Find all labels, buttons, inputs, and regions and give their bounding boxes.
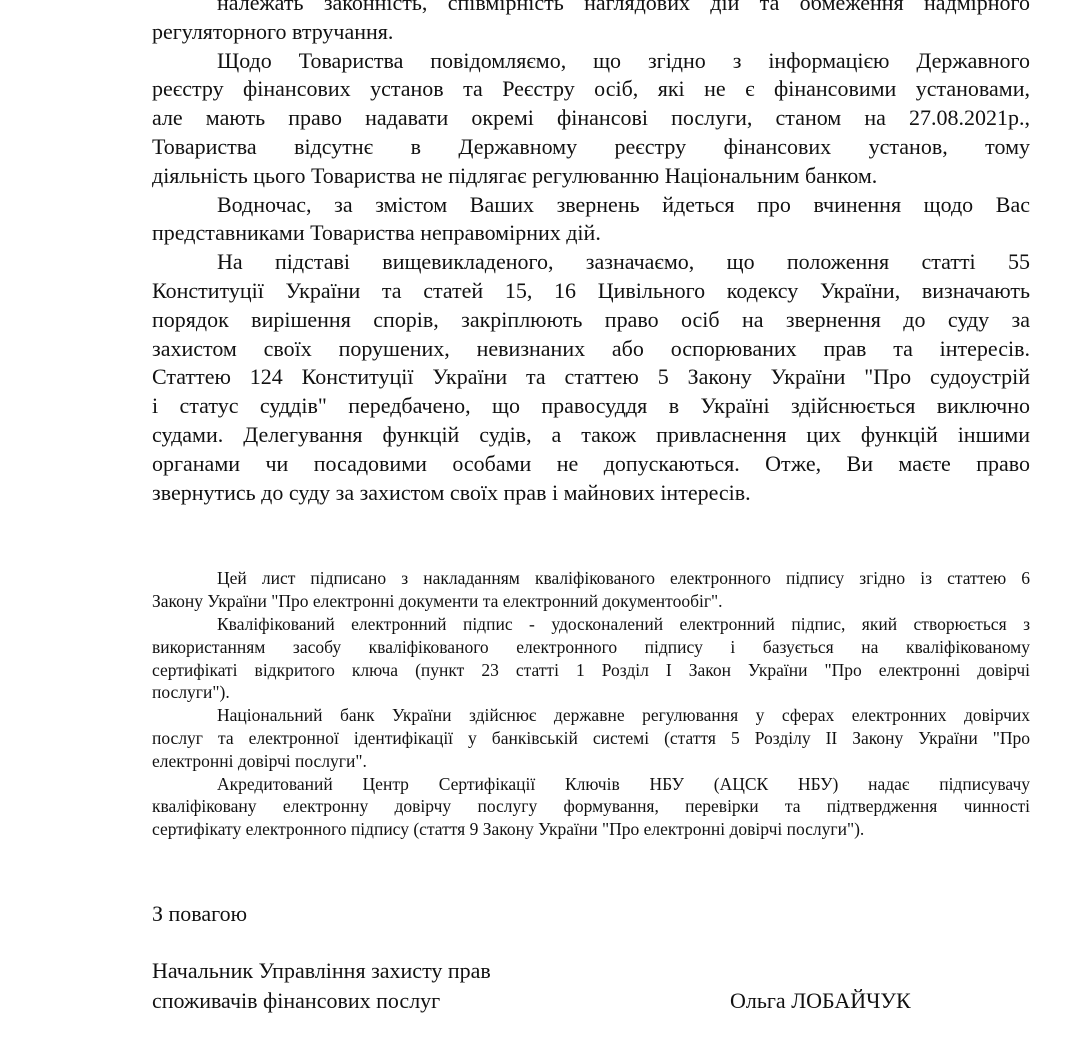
signature-block: Начальник Управління захисту прав спожив… [152,956,1030,1016]
text-line: використанням засобу кваліфікованого еле… [152,636,1030,659]
text-line: На підставі вищевикладеного, зазначаємо,… [152,248,1030,277]
text-line: захистом своїх порушених, невизнаних або… [152,335,1030,364]
text-line: Конституції України та статей 15, 16 Цив… [152,277,1030,306]
paragraph: належать законність, співмірність нагляд… [152,0,1030,47]
main-text-block: належать законність, співмірність нагляд… [152,0,1030,507]
text-line: регуляторного втручання. [152,18,1030,47]
text-line: Закону України "Про електронні документи… [152,590,1030,613]
text-line: електронні довірчі послуги". [152,750,1030,773]
paragraph: Цей лист підписано з накладанням кваліфі… [152,567,1030,613]
text-line: Кваліфікований електронний підпис - удос… [152,613,1030,636]
fine-print-block: Цей лист підписано з накладанням кваліфі… [152,567,1030,841]
text-line: послуги"). [152,681,1030,704]
text-line: порядок вирішення спорів, закріплюють пр… [152,306,1030,335]
text-line: діяльність цього Товариства не підлягає … [152,162,1030,191]
text-line: судами. Делегування функцій судів, а так… [152,421,1030,450]
text-line: Статтею 124 Конституції України та статт… [152,363,1030,392]
text-line: Товариства відсутнє в Державному реєстру… [152,133,1030,162]
text-line: Цей лист підписано з накладанням кваліфі… [152,567,1030,590]
paragraph: Акредитований Центр Сертифікації Ключів … [152,773,1030,841]
paragraph: Щодо Товариства повідомляємо, що згідно … [152,47,1030,191]
text-line: сертифікаті відкритого ключа (пункт 23 с… [152,659,1030,682]
paragraph: Водночас, за змістом Ваших звернень йдет… [152,191,1030,249]
signer-name: Ольга ЛОБАЙЧУК [730,986,911,1016]
paragraph: На підставі вищевикладеного, зазначаємо,… [152,248,1030,507]
text-line: і статус суддів" передбачено, що правосу… [152,392,1030,421]
text-line: послуг та електронної ідентифікації у ба… [152,727,1030,750]
text-line: Національний банк України здійснює держа… [152,704,1030,727]
paragraph: Кваліфікований електронний підпис - удос… [152,613,1030,704]
text-line: Акредитований Центр Сертифікації Ключів … [152,773,1030,796]
text-line: органами чи посадовими особами не допуск… [152,450,1030,479]
text-line: звернутись до суду за захистом своїх пра… [152,479,1030,508]
signature-row: споживачів фінансових послуг Ольга ЛОБАЙ… [152,986,1030,1016]
letter-page: належать законність, співмірність нагляд… [0,0,1080,1042]
text-line: Водночас, за змістом Ваших звернень йдет… [152,191,1030,220]
text-line: сертифікату електронного підпису (стаття… [152,818,1030,841]
text-line: Щодо Товариства повідомляємо, що згідно … [152,47,1030,76]
text-line: належать законність, співмірність нагляд… [152,0,1030,18]
closing-salutation: З повагою [152,899,1030,929]
letter-content: належать законність, співмірність нагляд… [152,0,1030,1016]
text-line: представниками Товариства неправомірних … [152,219,1030,248]
text-line: реєстру фінансових установ та Реєстру ос… [152,75,1030,104]
text-line: але мають право надавати окремі фінансов… [152,104,1030,133]
text-line: кваліфіковану електронну довірчу послугу… [152,795,1030,818]
signer-title-line1: Начальник Управління захисту прав [152,956,1030,986]
paragraph: Національний банк України здійснює держа… [152,704,1030,772]
